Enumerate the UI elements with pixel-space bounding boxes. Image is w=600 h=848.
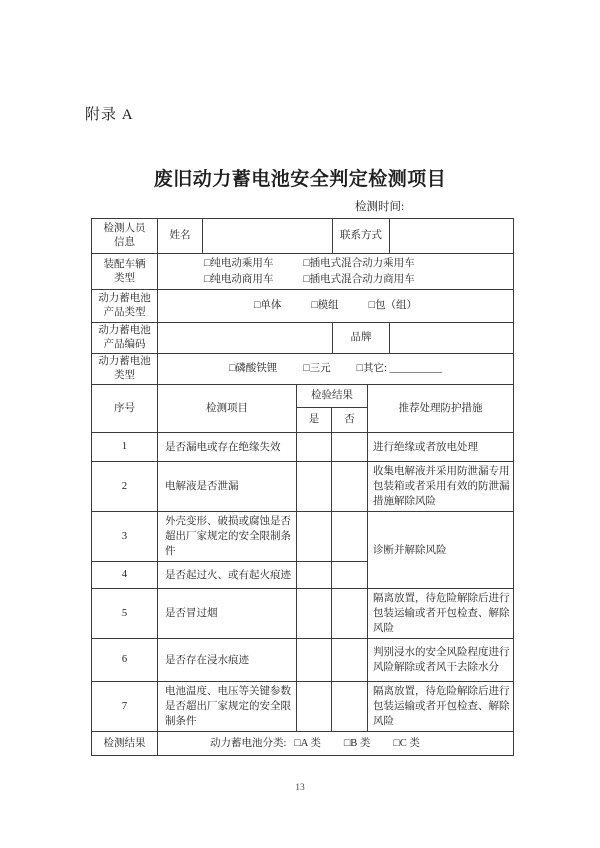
checkbox-option: □磷酸铁锂 [229, 362, 277, 376]
checkbox-option: □纯电动商用车 [204, 272, 273, 288]
checkbox-option: □其它: __________ [357, 362, 442, 376]
form-tables: 检测人员 信息 姓名 联系方式 装配车辆 类型 [91, 218, 513, 756]
row-remedy: 诊断并解除风险 [373, 545, 447, 556]
row-remedy: 进行绝缘或者放电处理 [373, 442, 478, 453]
no-result-cell [332, 589, 368, 639]
check-row-6: 6 是否存在浸水痕迹 判别浸水的安全风险程度进行风险解除或者风干去除水分 [92, 639, 514, 682]
brand-label-cell: 品牌 [333, 323, 390, 354]
battery-classification: 动力蓄电池分类: □A 类 □B 类 □C 类 [160, 737, 511, 751]
row-item-cell: 是否存在浸水痕迹 [158, 639, 297, 682]
row-index-cell: 2 [92, 462, 158, 512]
row-item-cell: 是否起过火、或有起火痕迹 [158, 562, 297, 589]
checkbox-option: □三元 [303, 362, 330, 376]
row-item-cell: 是否冒过烟 [158, 589, 297, 639]
row-index: 6 [122, 654, 127, 665]
result-header: 检验结果 [311, 390, 353, 401]
row-index-cell: 3 [92, 512, 158, 562]
inspector-label-cell: 检测人员 信息 [92, 219, 158, 254]
check-row-1: 1 是否漏电或存在绝缘失效 进行绝缘或者放电处理 [92, 433, 514, 462]
battery-type-label-cell: 动力蓄电池 类型 [92, 354, 158, 385]
no-header-cell: 否 [332, 408, 368, 433]
check-row-3: 3 外壳变形、破损或腐蚀是否超出厂家规定的安全限制条件 诊断并解除风险 [92, 512, 514, 562]
item-header-cell: 检测项目 [158, 385, 297, 433]
checkbox-option: □包（组） [369, 299, 417, 313]
product-code-label: 动力蓄电池 产品编码 [98, 325, 151, 350]
row-item: 是否起过火、或有起火痕迹 [165, 570, 291, 581]
vehicle-type-line1: □纯电动乘用车 □插电式混合动力乘用车 [160, 256, 511, 272]
battery-type-row: 动力蓄电池 类型 □磷酸铁锂 □三元 □其它: __________ [92, 354, 514, 385]
row-item-cell: 外壳变形、破损或腐蚀是否超出厂家规定的安全限制条件 [158, 512, 297, 562]
checkbox-option: □插电式混合动力乘用车 [303, 256, 414, 272]
row-index-cell: 7 [92, 682, 158, 732]
row-remedy-cell: 判别浸水的安全风险程度进行风险解除或者风干去除水分 [368, 639, 514, 682]
checkbox-option: □单体 [254, 299, 281, 313]
no-result-cell [332, 682, 368, 732]
no-result-cell [332, 433, 368, 462]
row-index: 4 [122, 569, 127, 580]
brand-value-cell [390, 323, 514, 354]
row-item: 外壳变形、破损或腐蚀是否超出厂家规定的安全限制条件 [165, 516, 291, 557]
product-type-options-cell: □单体 □模组 □包（组） [158, 290, 514, 323]
row-item: 电池温度、电压等关键参数是否超出厂家规定的安全限制条件 [165, 686, 291, 727]
result-label-cell: 检测结果 [92, 732, 158, 756]
page-title: 废旧动力蓄电池安全判定检测项目 [0, 164, 600, 191]
battery-type-label: 动力蓄电池 类型 [98, 356, 151, 381]
row-remedy: 判别浸水的安全风险程度进行风险解除或者风干去除水分 [373, 647, 510, 673]
vehicle-type-row: 装配车辆 类型 □纯电动乘用车 □插电式混合动力乘用车 □纯电动商用车 □插电式… [92, 254, 514, 290]
battery-type-options-cell: □磷酸铁锂 □三元 □其它: __________ [158, 354, 514, 385]
remedy-header-cell: 推荐处理防护措施 [368, 385, 514, 433]
checkbox-option: □纯电动乘用车 [204, 256, 273, 272]
battery-info-table: 检测人员 信息 姓名 联系方式 装配车辆 类型 [91, 218, 514, 385]
vehicle-type-options-cell: □纯电动乘用车 □插电式混合动力乘用车 □纯电动商用车 □插电式混合动力商用车 [158, 254, 514, 290]
checkbox-option: □A 类 [294, 737, 320, 751]
vehicle-type-label-cell: 装配车辆 类型 [92, 254, 158, 290]
row-index: 3 [122, 531, 127, 542]
index-header: 序号 [114, 403, 135, 414]
no-result-cell [332, 639, 368, 682]
battery-type-options: □磷酸铁锂 □三元 □其它: __________ [160, 362, 511, 376]
check-row-5: 5 是否冒过烟 隔离放置，待危险解除后进行包装运输或者开包检查、解除风险 [92, 589, 514, 639]
result-row: 检测结果 动力蓄电池分类: □A 类 □B 类 □C 类 [92, 732, 514, 756]
remedy-header: 推荐处理防护措施 [399, 403, 483, 414]
row-item-cell: 是否漏电或存在绝缘失效 [158, 433, 297, 462]
result-header-cell: 检验结果 [297, 385, 368, 408]
checklist-header-row1: 序号 检测项目 检验结果 推荐处理防护措施 [92, 385, 514, 408]
name-value-cell [203, 219, 333, 254]
row-index-cell: 5 [92, 589, 158, 639]
checkbox-option: □C 类 [393, 737, 419, 751]
yes-result-cell [297, 589, 332, 639]
no-header: 否 [344, 414, 355, 425]
yes-result-cell [297, 433, 332, 462]
row-remedy-cell-merged: 诊断并解除风险 [368, 512, 514, 589]
contact-label: 联系方式 [340, 230, 382, 241]
brand-label: 品牌 [351, 332, 372, 343]
row-item: 是否冒过烟 [165, 608, 218, 619]
yes-result-cell [297, 512, 332, 562]
row-remedy-cell: 隔离放置，待危险解除后进行包装运输或者开包检查、解除风险 [368, 682, 514, 732]
product-type-options: □单体 □模组 □包（组） [160, 299, 511, 313]
row-item-cell: 电解液是否泄漏 [158, 462, 297, 512]
row-remedy-cell: 收集电解液并采用防泄漏专用包装箱或者采用有效的防泄漏措施解除风险 [368, 462, 514, 512]
inspector-row: 检测人员 信息 姓名 联系方式 [92, 219, 514, 254]
appendix-label: 附录 A [85, 103, 134, 124]
row-index: 1 [122, 441, 127, 452]
test-time-label: 检测时间: [355, 198, 404, 214]
no-result-cell [332, 462, 368, 512]
checkbox-option: □模组 [311, 299, 338, 313]
name-label-cell: 姓名 [158, 219, 203, 254]
contact-value-cell [390, 219, 514, 254]
row-remedy-cell: 进行绝缘或者放电处理 [368, 433, 514, 462]
product-type-row: 动力蓄电池 产品类型 □单体 □模组 □包（组） [92, 290, 514, 323]
row-item: 是否存在浸水痕迹 [165, 655, 249, 666]
row-remedy: 收集电解液并采用防泄漏专用包装箱或者采用有效的防泄漏措施解除风险 [373, 466, 510, 507]
row-index-cell: 1 [92, 433, 158, 462]
no-result-cell [332, 512, 368, 562]
no-result-cell [332, 562, 368, 589]
check-row-7: 7 电池温度、电压等关键参数是否超出厂家规定的安全限制条件 隔离放置，待危险解除… [92, 682, 514, 732]
result-label: 检测结果 [104, 738, 146, 749]
classification-label: 动力蓄电池分类: [210, 737, 286, 751]
vehicle-type-label: 装配车辆 类型 [104, 259, 146, 284]
inspector-label: 检测人员 信息 [104, 223, 146, 248]
product-type-label-cell: 动力蓄电池 产品类型 [92, 290, 158, 323]
checkbox-option: □插电式混合动力商用车 [303, 272, 414, 288]
page-number: 13 [0, 783, 600, 793]
row-item: 是否漏电或存在绝缘失效 [165, 442, 281, 453]
item-header: 检测项目 [206, 403, 248, 414]
row-item-cell: 电池温度、电压等关键参数是否超出厂家规定的安全限制条件 [158, 682, 297, 732]
contact-label-cell: 联系方式 [333, 219, 390, 254]
yes-result-cell [297, 562, 332, 589]
row-index-cell: 6 [92, 639, 158, 682]
product-type-label: 动力蓄电池 产品类型 [98, 293, 151, 318]
yes-header: 是 [309, 414, 320, 425]
row-index: 7 [122, 701, 127, 712]
result-options-cell: 动力蓄电池分类: □A 类 □B 类 □C 类 [158, 732, 514, 756]
index-header-cell: 序号 [92, 385, 158, 433]
product-code-row: 动力蓄电池 产品编码 品牌 [92, 323, 514, 354]
yes-result-cell [297, 462, 332, 512]
yes-header-cell: 是 [297, 408, 332, 433]
yes-result-cell [297, 682, 332, 732]
row-remedy: 隔离放置，待危险解除后进行包装运输或者开包检查、解除风险 [373, 593, 510, 634]
row-index: 2 [122, 481, 127, 492]
product-code-label-cell: 动力蓄电池 产品编码 [92, 323, 158, 354]
checklist-table: 序号 检测项目 检验结果 推荐处理防护措施 是 [91, 384, 514, 756]
row-remedy: 隔离放置，待危险解除后进行包装运输或者开包检查、解除风险 [373, 686, 510, 727]
product-code-value-cell [158, 323, 333, 354]
document-page: 附录 A 废旧动力蓄电池安全判定检测项目 检测时间: 检测人员 信息 姓名 [0, 0, 600, 848]
row-item: 电解液是否泄漏 [165, 481, 239, 492]
name-label: 姓名 [170, 230, 191, 241]
row-index-cell: 4 [92, 562, 158, 589]
yes-result-cell [297, 639, 332, 682]
row-remedy-cell: 隔离放置，待危险解除后进行包装运输或者开包检查、解除风险 [368, 589, 514, 639]
row-index: 5 [122, 608, 127, 619]
vehicle-type-line2: □纯电动商用车 □插电式混合动力商用车 [160, 272, 511, 288]
check-row-2: 2 电解液是否泄漏 收集电解液并采用防泄漏专用包装箱或者采用有效的防泄漏措施解除… [92, 462, 514, 512]
checkbox-option: □B 类 [344, 737, 370, 751]
